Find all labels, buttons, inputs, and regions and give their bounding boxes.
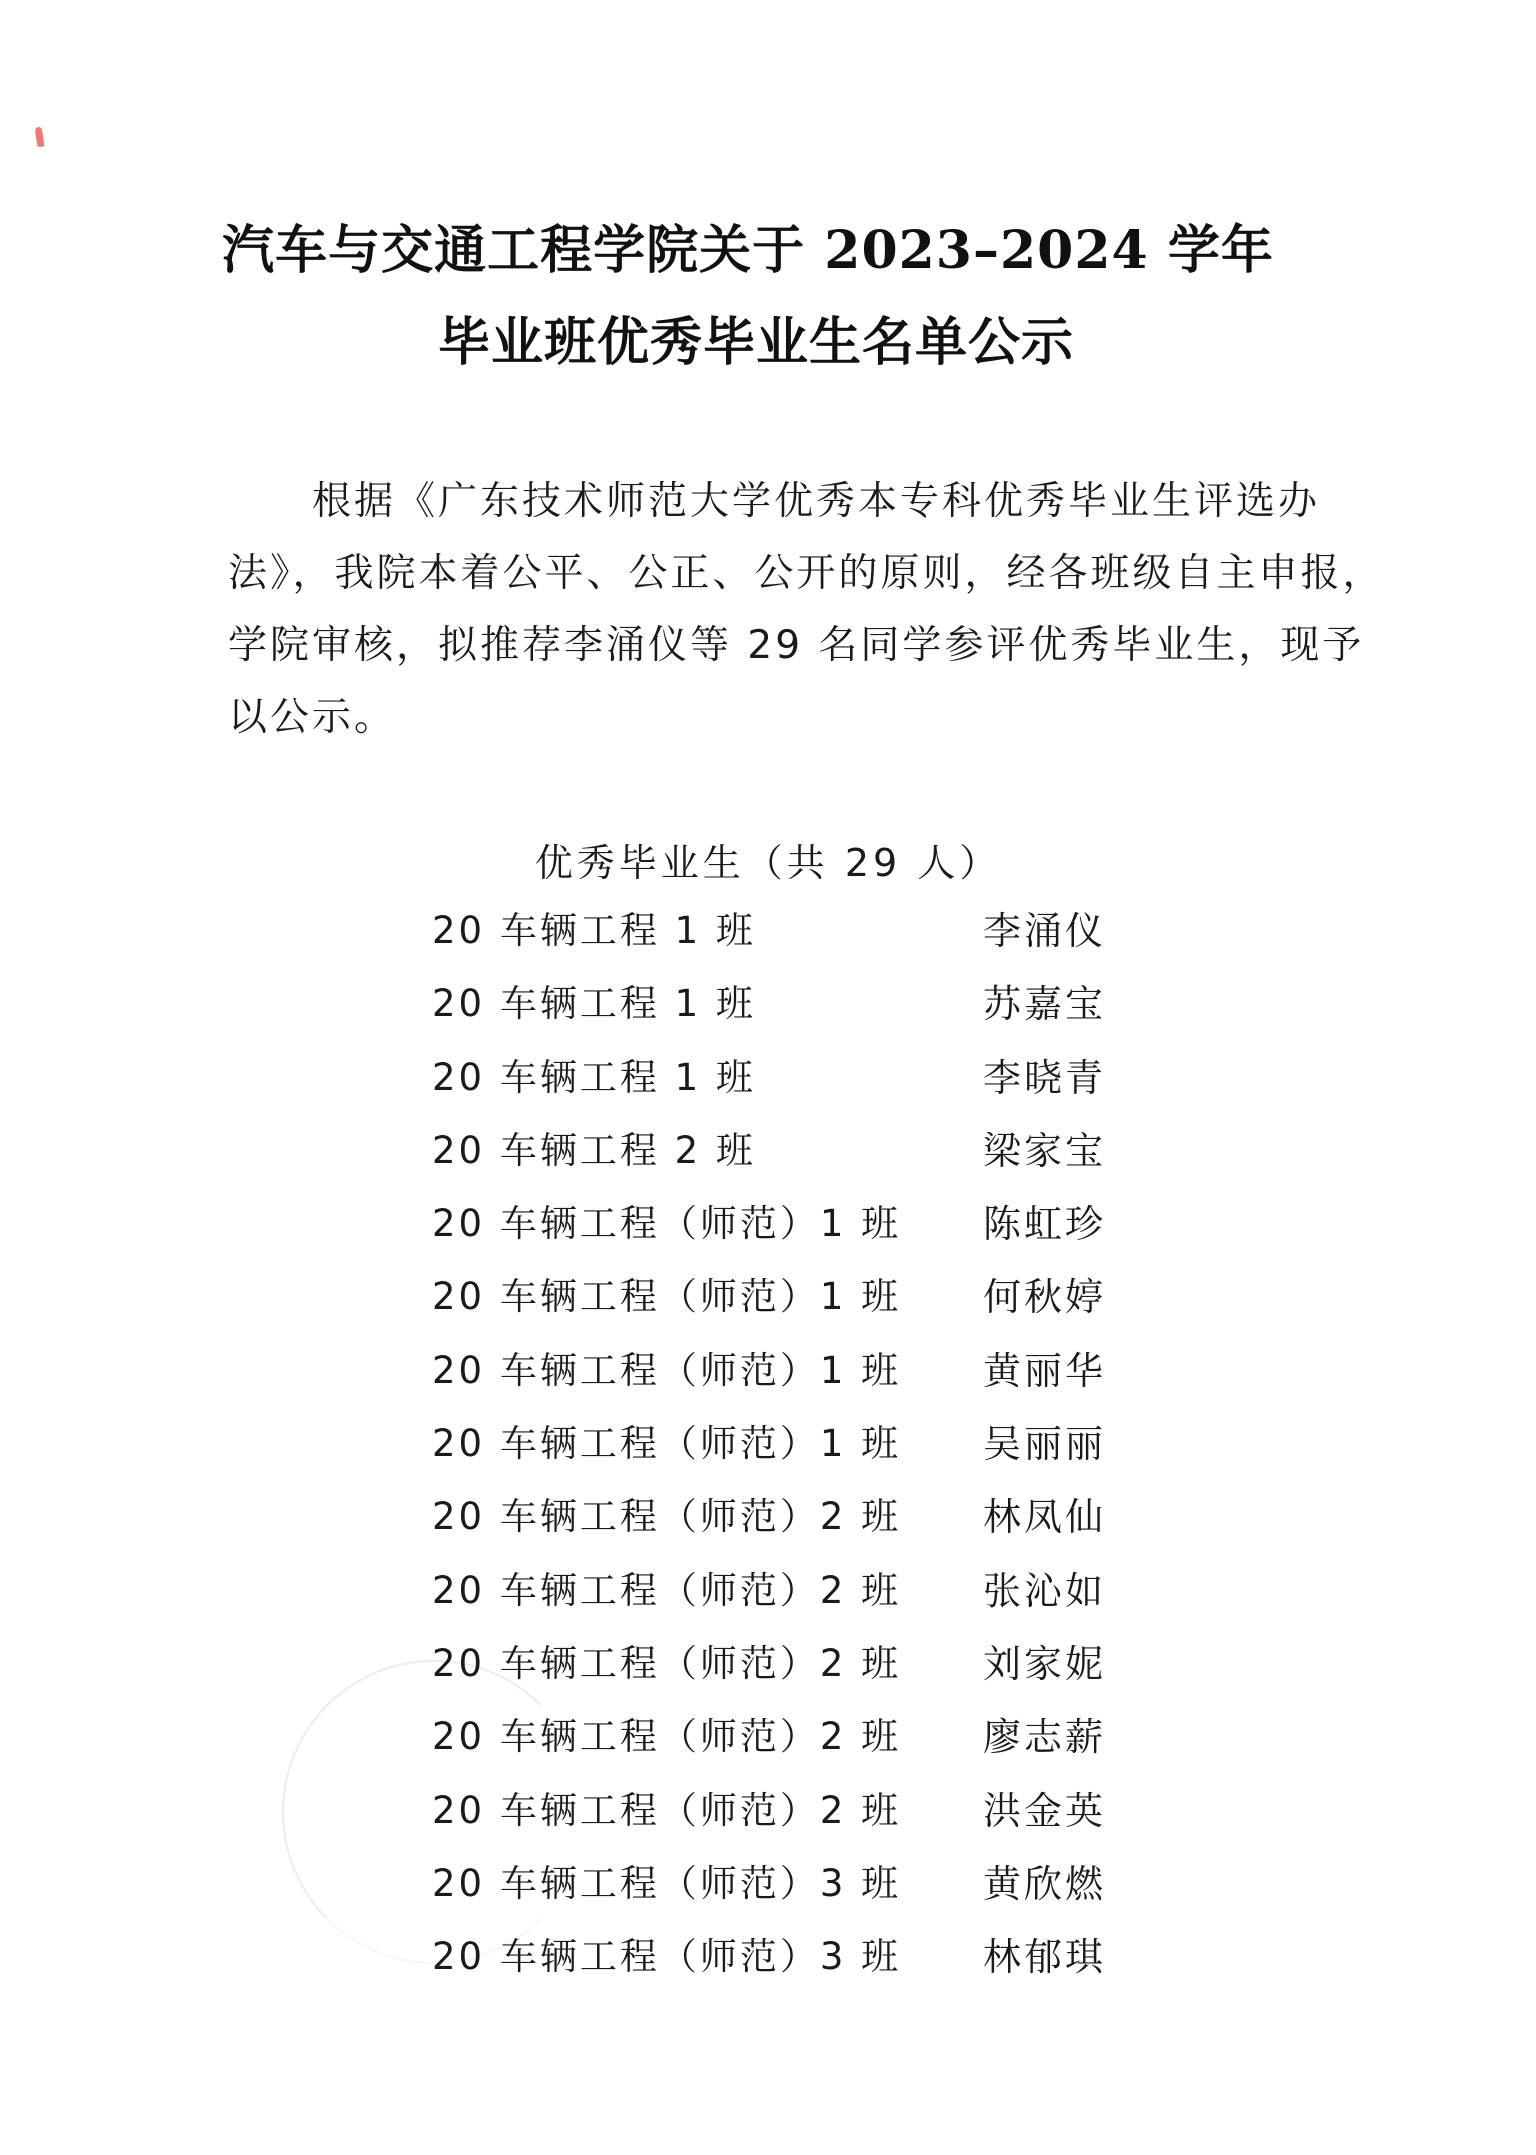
honoree-class: 20 车辆工程（师范）2 班 [432, 1780, 901, 1834]
honoree-name: 廖志薪 [983, 1706, 1106, 1761]
honoree-name: 林郁琪 [983, 1926, 1106, 1981]
honoree-name: 苏嘉宝 [983, 973, 1106, 1028]
list-item: 20 车辆工程（师范）1 班 黄丽华 [0, 1340, 1536, 1413]
honoree-class: 20 车辆工程 1 班 [432, 973, 756, 1027]
honoree-class: 20 车辆工程 1 班 [432, 900, 756, 954]
list-item: 20 车辆工程（师范）2 班 廖志薪 [0, 1706, 1536, 1779]
red-ink-mark [35, 127, 45, 148]
honoree-name: 黄欣燃 [983, 1853, 1106, 1908]
honoree-class: 20 车辆工程（师范）1 班 [432, 1340, 901, 1394]
honoree-class: 20 车辆工程（师范）2 班 [432, 1706, 901, 1760]
list-item: 20 车辆工程（师范）1 班 何秋婷 [0, 1266, 1536, 1339]
honoree-name: 张沁如 [983, 1560, 1106, 1615]
document-page: 汽车与交通工程学院关于 2023–2024 学年 毕业班优秀毕业生名单公示 根据… [0, 0, 1536, 2155]
honoree-name: 洪金英 [983, 1780, 1106, 1835]
list-item: 20 车辆工程（师范）3 班 黄欣燃 [0, 1853, 1536, 1926]
honoree-class: 20 车辆工程 2 班 [432, 1120, 756, 1174]
honoree-class: 20 车辆工程（师范）2 班 [432, 1633, 901, 1687]
honoree-name: 吴丽丽 [983, 1413, 1106, 1468]
honoree-name: 林凤仙 [983, 1486, 1106, 1541]
honoree-class: 20 车辆工程（师范）1 班 [432, 1193, 901, 1247]
honoree-name: 李涌仪 [983, 900, 1106, 955]
honoree-name: 陈虹珍 [983, 1193, 1106, 1248]
list-item: 20 车辆工程（师范）2 班 林凤仙 [0, 1486, 1536, 1559]
honoree-class: 20 车辆工程（师范）1 班 [432, 1413, 901, 1467]
document-title-line-1: 汽车与交通工程学院关于 2023–2024 学年 [0, 208, 1516, 283]
list-item: 20 车辆工程 1 班 李涌仪 [0, 900, 1536, 973]
list-item: 20 车辆工程（师范）1 班 吴丽丽 [0, 1413, 1536, 1486]
honoree-class: 20 车辆工程（师范）2 班 [432, 1560, 901, 1614]
list-item: 20 车辆工程 2 班 梁家宝 [0, 1120, 1536, 1193]
list-item: 20 车辆工程（师范）3 班 林郁琪 [0, 1926, 1536, 1999]
list-item: 20 车辆工程（师范）1 班 陈虹珍 [0, 1193, 1536, 1266]
honoree-name: 刘家妮 [983, 1633, 1106, 1688]
document-title-line-2: 毕业班优秀毕业生名单公示 [0, 300, 1524, 375]
list-item: 20 车辆工程（师范）2 班 洪金英 [0, 1780, 1536, 1853]
body-paragraph-line-2: 法》，我院本着公平、公正、公开的原则，经各班级自主申报， [228, 542, 1348, 598]
list-item: 20 车辆工程 1 班 李晓青 [0, 1047, 1536, 1120]
honoree-class: 20 车辆工程（师范）1 班 [432, 1266, 901, 1320]
list-item: 20 车辆工程（师范）2 班 刘家妮 [0, 1633, 1536, 1706]
body-paragraph-line-3: 学院审核，拟推荐李涌仪等 29 名同学参评优秀毕业生，现予 [228, 614, 1348, 670]
honoree-class: 20 车辆工程（师范）2 班 [432, 1486, 901, 1540]
list-item: 20 车辆工程 1 班 苏嘉宝 [0, 973, 1536, 1046]
honoree-name: 李晓青 [983, 1047, 1106, 1102]
honoree-name: 梁家宝 [983, 1120, 1106, 1175]
body-paragraph-line-4: 以公示。 [228, 686, 1348, 742]
honoree-name: 黄丽华 [983, 1340, 1106, 1395]
honoree-class: 20 车辆工程 1 班 [432, 1047, 756, 1101]
honor-list-heading: 优秀毕业生（共 29 人） [0, 832, 1536, 887]
honoree-class: 20 车辆工程（师范）3 班 [432, 1926, 901, 1980]
honoree-class: 20 车辆工程（师范）3 班 [432, 1853, 901, 1907]
list-item: 20 车辆工程（师范）2 班 张沁如 [0, 1560, 1536, 1633]
honoree-name: 何秋婷 [983, 1266, 1106, 1321]
honor-list: 20 车辆工程 1 班 李涌仪 20 车辆工程 1 班 苏嘉宝 20 车辆工程 … [0, 900, 1536, 1999]
body-paragraph-line-1: 根据《广东技术师范大学优秀本专科优秀毕业生评选办 [312, 470, 1432, 526]
